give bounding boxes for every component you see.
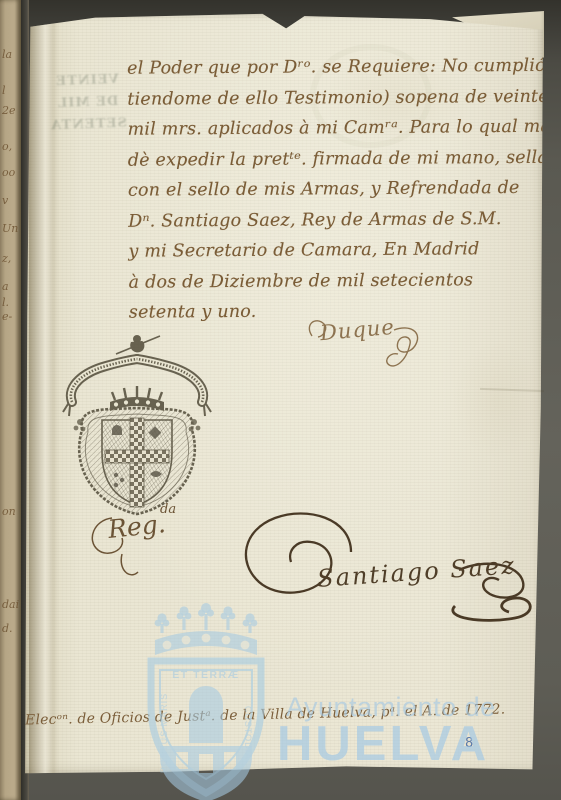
margin-fragment: dai (2, 598, 19, 611)
registry-abbr-text: Reg. (107, 509, 167, 544)
signature-duque: Duque (298, 310, 478, 382)
registry-mark: Reg. da (82, 496, 202, 588)
manuscript-line: Dⁿ. Santiago Saez, Rey de Armas de S.M. (128, 203, 561, 237)
margin-fragment: l. (2, 296, 9, 309)
verso-stamp-bleedthrough: VEINTE DE MIL SETENTA (44, 69, 133, 148)
registry-superscript: da (160, 502, 176, 517)
margin-fragment: v (2, 194, 8, 207)
ducal-arms-stamp (58, 330, 216, 522)
manuscript-line: à dos de Diziembre de mil setecientos (129, 264, 561, 298)
margin-fragment: l (2, 84, 6, 97)
registry-flourish (82, 496, 202, 588)
margin-fragment: a (2, 280, 9, 293)
manuscript-line: tiendome de ello Testimonio) sopena de v… (127, 81, 561, 115)
margin-fragment: oo (2, 166, 15, 179)
scanned-manuscript-page: la l 2e o, oo v Un z, a l. e- on dai d. … (0, 0, 561, 800)
margin-fragment: d. (2, 622, 13, 635)
foot-annotation: Elecᵒⁿ. de Oficios de Justᵃ. de la Villa… (25, 702, 506, 729)
folio-number: 8 (465, 736, 473, 751)
bleedthrough-line: DE MIL (44, 91, 131, 116)
manuscript-line: con el sello de mis Armas, y Refrendada … (128, 172, 561, 206)
manuscript-line: mil mrs. aplicados à mi Camʳᵃ. Para lo q… (127, 111, 561, 145)
margin-fragment: on (2, 505, 16, 518)
manuscript-body: el Poder que por Dʳᵒ. se Requiere: No cu… (127, 50, 561, 328)
margin-fragment: la (2, 48, 12, 61)
signature-santiago-saez: Santiago Saez (233, 506, 543, 628)
manuscript-line: el Poder que por Dʳᵒ. se Requiere: No cu… (127, 50, 561, 84)
bleedthrough-line: VEINTE (44, 69, 131, 94)
margin-fragment: o, (2, 140, 12, 153)
manuscript-line: dè expedir la pretᵗᵉ. firmada de mi mano… (128, 142, 561, 176)
manuscript-line: y mi Secretario de Camara, En Madrid (128, 233, 561, 267)
margin-fragment: z, (2, 252, 11, 265)
margin-fragment: 2e (2, 104, 16, 117)
margin-fragment: e- (2, 310, 12, 323)
facing-page-edge: la l 2e o, oo v Un z, a l. e- on dai d. (0, 0, 21, 800)
bleedthrough-line: SETENTA (45, 112, 132, 137)
margin-fragment: Un (2, 222, 18, 235)
manuscript-leaf: VEINTE DE MIL SETENTA el Poder que por D… (22, 10, 545, 774)
